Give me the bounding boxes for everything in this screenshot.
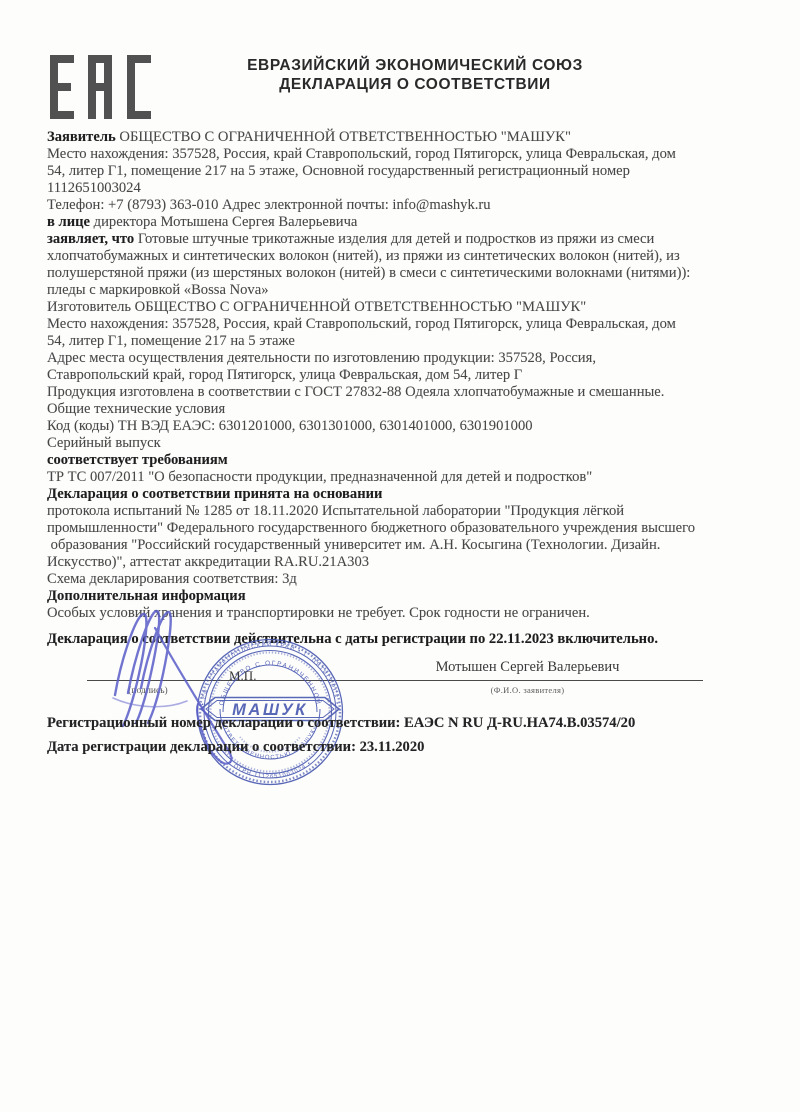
document-line: Серийный выпуск: [47, 435, 759, 452]
document-line: хлопчатобумажных и синтетических волокон…: [47, 248, 759, 265]
declaration-document-page: ЕВРАЗИЙСКИЙ ЭКОНОМИЧЕСКИЙ СОЮЗ ДЕКЛАРАЦИ…: [0, 0, 800, 1112]
document-line: протокола испытаний № 1285 от 18.11.2020…: [47, 503, 759, 520]
document-line: промышленности" Федерального государстве…: [47, 520, 759, 537]
eac-mark-icon: [50, 55, 155, 119]
document-line: Ставропольский край, город Пятигорск, ул…: [47, 367, 759, 384]
document-header: ЕВРАЗИЙСКИЙ ЭКОНОМИЧЕСКИЙ СОЮЗ ДЕКЛАРАЦИ…: [150, 56, 680, 94]
document-body-lines: Заявитель ОБЩЕСТВО С ОГРАНИЧЕННОЙ ОТВЕТС…: [47, 129, 759, 622]
document-line: Схема декларирования соответствия: 3д: [47, 571, 759, 588]
registration-number-line: Регистрационный номер декларации о соотв…: [47, 715, 635, 732]
document-line: Код (коды) ТН ВЭД ЕАЭС: 6301201000, 6301…: [47, 418, 759, 435]
document-line: Заявитель ОБЩЕСТВО С ОГРАНИЧЕННОЙ ОТВЕТС…: [47, 129, 759, 146]
document-line: полушерстяной пряжи (из шерстяных волоко…: [47, 265, 759, 282]
document-line: 54, литер Г1, помещение 217 на 5 этаже, …: [47, 163, 759, 180]
header-doc-title: ДЕКЛАРАЦИЯ О СООТВЕТСТВИИ: [150, 75, 680, 94]
document-line: Телефон: +7 (8793) 363-010 Адрес электро…: [47, 197, 759, 214]
document-line: заявляет, что Готовые штучные трикотажны…: [47, 231, 759, 248]
document-line: 54, литер Г1, помещение 217 на 5 этаже: [47, 333, 759, 350]
applicant-name: Мотышен Сергей Валерьевич: [420, 659, 635, 676]
document-line: Продукция изготовлена в соответствии с Г…: [47, 384, 759, 401]
document-line: Место нахождения: 357528, Россия, край С…: [47, 146, 759, 163]
document-line: пледы с маркировкой «Bossa Nova»: [47, 282, 759, 299]
document-line: Изготовитель ОБЩЕСТВО С ОГРАНИЧЕННОЙ ОТВ…: [47, 299, 759, 316]
document-line: в лице директора Мотышена Сергея Валерье…: [47, 214, 759, 231]
document-line: Искусство)", аттестат аккредитации RA.RU…: [47, 554, 759, 571]
document-line: Место нахождения: 357528, Россия, край С…: [47, 316, 759, 333]
document-line: Адрес места осуществления деятельности п…: [47, 350, 759, 367]
header-union-name: ЕВРАЗИЙСКИЙ ЭКОНОМИЧЕСКИЙ СОЮЗ: [150, 56, 680, 75]
document-line: Декларация о соответствии принята на осн…: [47, 486, 759, 503]
applicant-name-caption: (Ф.И.О. заявителя): [460, 685, 595, 695]
document-line: соответствует требованиям: [47, 452, 759, 469]
registration-date-line: Дата регистрации декларации о соответств…: [47, 739, 424, 756]
document-line: образования "Российский государственный …: [47, 537, 759, 554]
document-line: ТР ТС 007/2011 "О безопасности продукции…: [47, 469, 759, 486]
document-line: 1112651003024: [47, 180, 759, 197]
document-line: Общие технические условия: [47, 401, 759, 418]
